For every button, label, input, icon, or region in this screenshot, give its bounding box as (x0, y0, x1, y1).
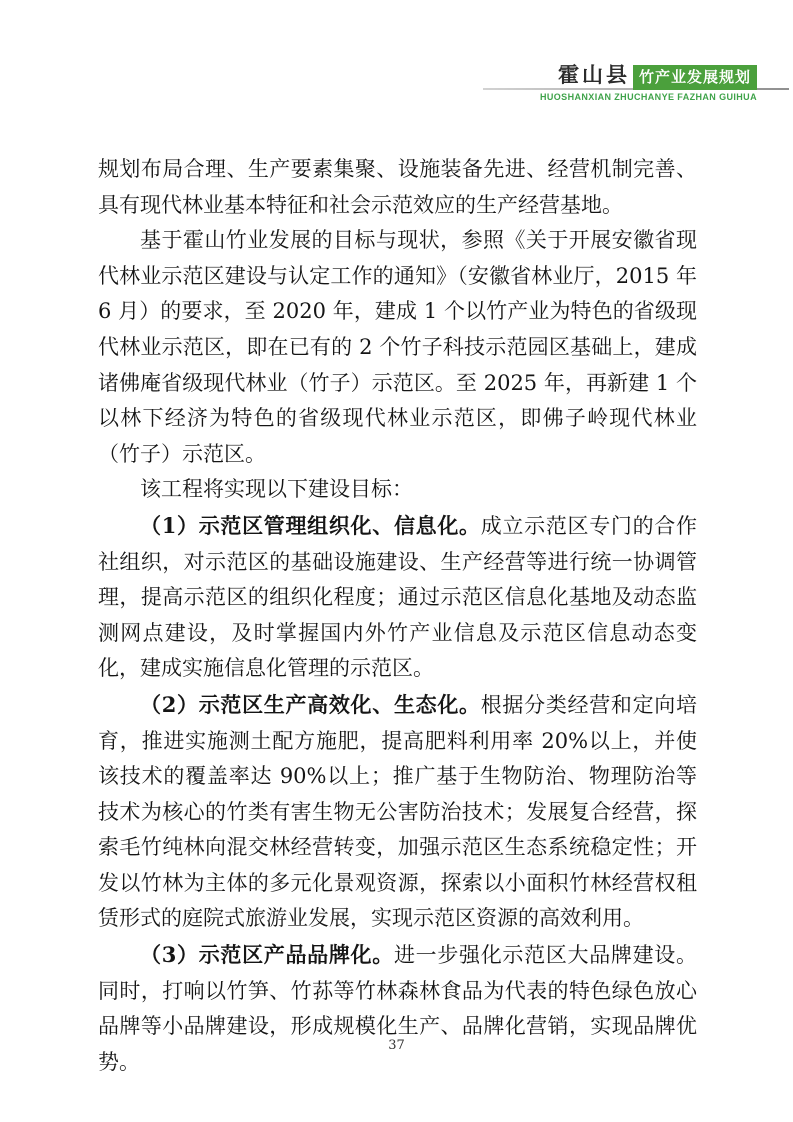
paragraph-lead: （3）示范区产品品牌化。 (140, 942, 394, 967)
page-number: 37 (388, 1038, 405, 1053)
page-header: 霍山县 竹产业发展规划 HUOSHANXIAN ZHUCHANYE FAZHAN… (483, 64, 789, 102)
document-title: 竹产业发展规划 (639, 69, 751, 86)
paragraph-text: 根据分类经营和定向培育，推进实施测土配方施肥，提高肥料利用率 20%以上，并使该… (98, 693, 697, 931)
header-pinyin: HUOSHANXIAN ZHUCHANYE FAZHAN GUIHUA (483, 92, 789, 102)
document-body: 规划布局合理、生产要素集聚、设施装备先进、经营机制完善、具有现代林业基本特征和社… (98, 152, 697, 1080)
body-paragraph: 基于霍山竹业发展的目标与现状，参照《关于开展安徽省现代林业示范区建设与认定工作的… (98, 223, 697, 472)
paragraph-text: 基于霍山竹业发展的目标与现状，参照《关于开展安徽省现代林业示范区建设与认定工作的… (98, 228, 697, 466)
body-paragraph: 规划布局合理、生产要素集聚、设施装备先进、经营机制完善、具有现代林业基本特征和社… (98, 152, 697, 223)
body-paragraph: 该工程将实现以下建设目标： (98, 472, 697, 508)
page-footer: 37 (0, 1038, 793, 1053)
header-title-row: 霍山县 竹产业发展规划 (483, 64, 789, 90)
paragraph-lead: （2）示范区生产高效化、生态化。 (140, 692, 481, 717)
paragraph-text: 规划布局合理、生产要素集聚、设施装备先进、经营机制完善、具有现代林业基本特征和社… (98, 157, 697, 217)
document-page: 霍山县 竹产业发展规划 HUOSHANXIAN ZHUCHANYE FAZHAN… (0, 0, 793, 1122)
body-paragraph: （3）示范区产品品牌化。进一步强化示范区大品牌建设。同时，打响以竹笋、竹荪等竹林… (98, 937, 697, 1080)
paragraph-text: 该工程将实现以下建设目标： (140, 477, 413, 501)
paragraph-lead: （1）示范区管理组织化、信息化。 (140, 513, 481, 538)
body-paragraph: （2）示范区生产高效化、生态化。根据分类经营和定向培育，推进实施测土配方施肥，提… (98, 687, 697, 937)
document-title-box: 竹产业发展规划 (633, 65, 757, 90)
county-name: 霍山县 (558, 64, 630, 90)
paragraph-text: 成立示范区专门的合作社组织，对示范区的基础设施建设、生产经营等进行统一协调管理，… (98, 514, 697, 680)
body-paragraph: （1）示范区管理组织化、信息化。成立示范区专门的合作社组织，对示范区的基础设施建… (98, 508, 697, 687)
